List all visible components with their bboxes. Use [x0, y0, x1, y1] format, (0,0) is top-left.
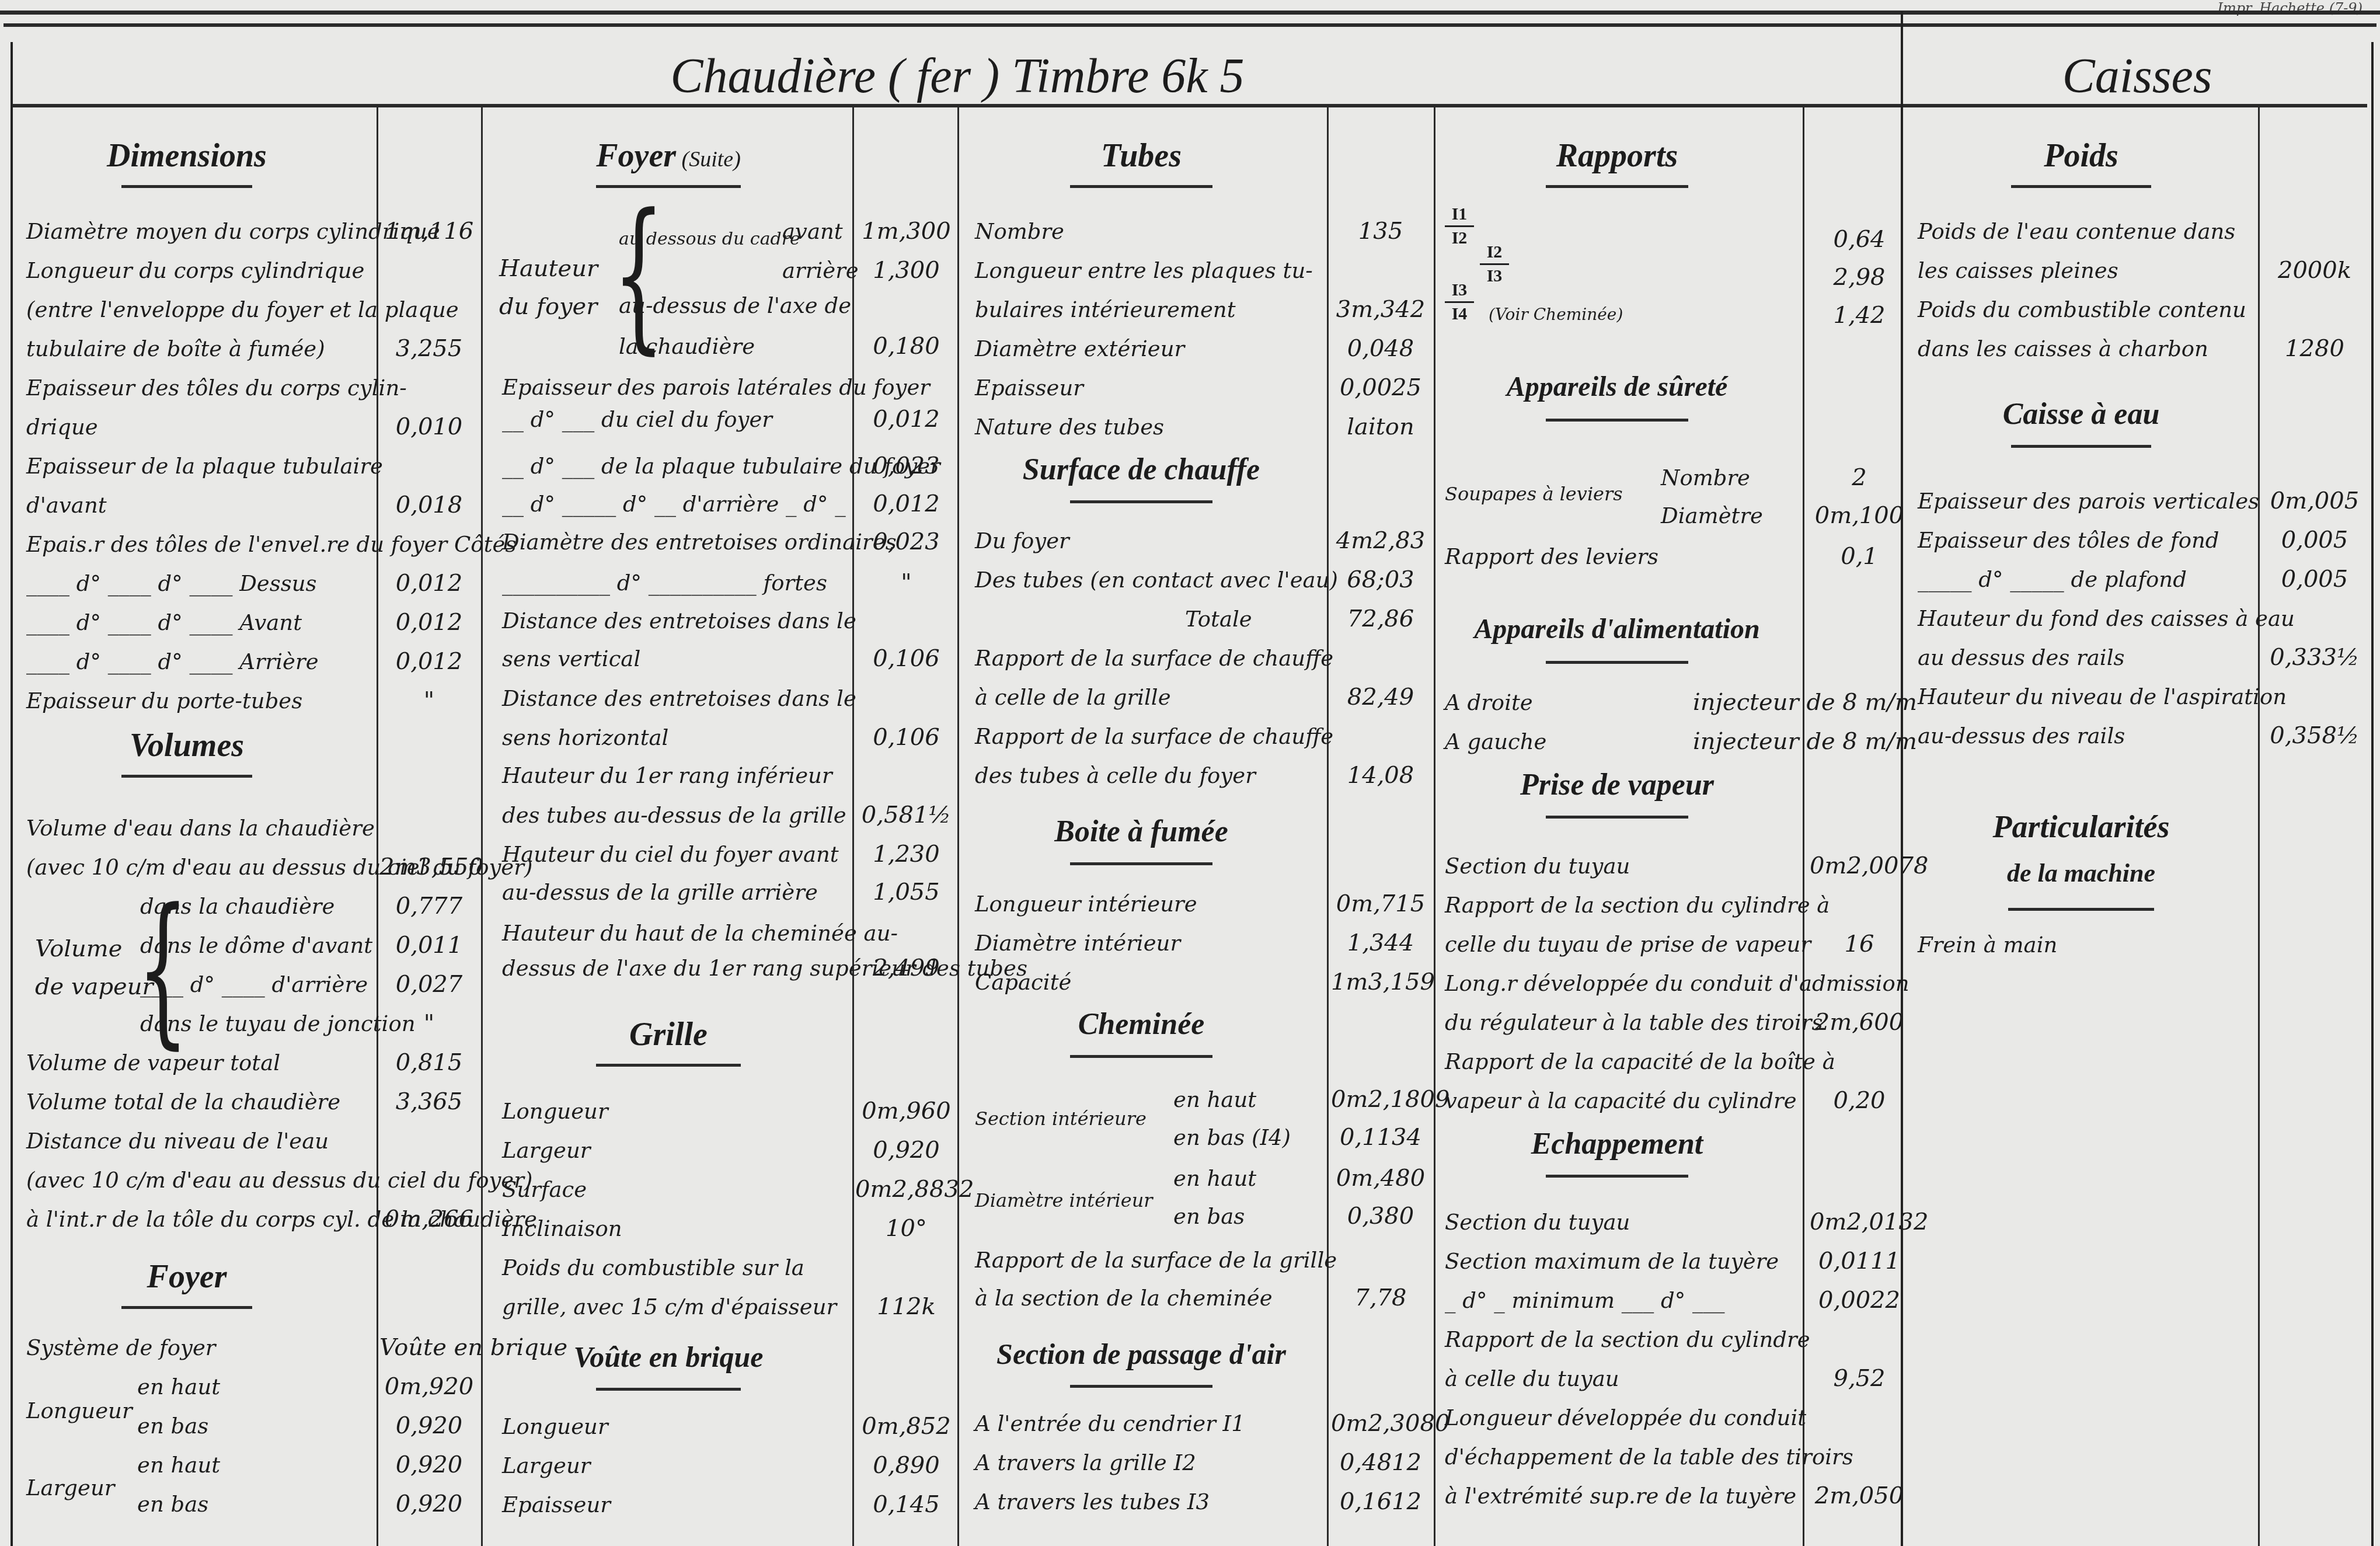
row-alimentation: A droite — [1445, 692, 1678, 713]
row-volumes: (avec 10 c/m d'eau au dessus du ciel du … — [26, 1169, 377, 1191]
cheminee-value: 0,1134 — [1331, 1126, 1430, 1149]
row-dimensions: ____ d° ____ d° ____ Avant — [26, 612, 377, 633]
surete-value: 0m,100 — [1810, 504, 1909, 527]
row-foyer_suite: Hauteur du 1er rang inférieur — [502, 765, 852, 786]
particularites-label: Frein à main — [1918, 934, 2057, 956]
hauteur-label: Hauteur — [499, 257, 598, 280]
row-volumes: Volume d'eau dans la chaudière — [26, 817, 377, 839]
prise-value: 0m2,0078 — [1810, 854, 1909, 878]
row-foyer_suite: avant — [782, 221, 852, 242]
prise-label: vapeur à la capacité du cylindre — [1445, 1090, 1797, 1112]
prise-value: 16 — [1810, 932, 1909, 956]
dimensions-label: ____ d° ____ d° ____ Dessus — [26, 573, 317, 594]
dimensions-label: Epaisseur de la plaque tubulaire — [26, 455, 383, 477]
foyer-suite-heading-sub: (Suite) — [676, 147, 741, 172]
title-row: Chaudière ( fer ) Timbre 6k 5 Caisses — [13, 42, 2367, 105]
echappement-label: Longueur développée du conduit — [1445, 1407, 1806, 1429]
row-poids: Poids de l'eau contenue dans — [1918, 221, 2256, 242]
row-foyer_suite: sens vertical — [502, 648, 852, 670]
ratio-note: (Voir Cheminée) — [1489, 307, 1623, 323]
poids-heading-text: Poids — [2044, 138, 2118, 174]
volumes-value: 0m,266 — [379, 1207, 479, 1231]
boite-heading-text: Boite à fumée — [1054, 815, 1228, 848]
volumes-value: " — [379, 1012, 479, 1035]
row-dimensions: Diamètre moyen du corps cylindrique — [26, 221, 377, 242]
foyer_suite-value: 0,023 — [855, 454, 957, 478]
surface-label: Des tubes (en contact avec l'eau) — [975, 569, 1338, 591]
row-prise: Long.r développée du conduit d'admission — [1445, 973, 1801, 994]
grille-label: Largeur — [502, 1140, 590, 1161]
alimentation-label: A droite — [1445, 692, 1533, 713]
surface-heading-underline — [1070, 500, 1212, 503]
prise-heading-underline — [1546, 816, 1688, 819]
voute-value: 0m,852 — [855, 1415, 957, 1438]
prise-value: 2m,600 — [1810, 1011, 1909, 1034]
grille-label: grille, avec 15 c/m d'épaisseur — [502, 1296, 837, 1318]
row-foyer_suite: Distance des entretoises dans le — [502, 610, 852, 632]
dimensions-heading-text: Dimensions — [107, 138, 267, 174]
row-surface: à celle de la grille — [975, 687, 1319, 708]
row-cheminee: en haut — [1173, 1168, 1319, 1189]
foyer_suite-value: 1,055 — [855, 880, 957, 904]
passage_air-label: A travers la grille I2 — [975, 1452, 1196, 1474]
ratio-fraction: I2I3 — [1480, 242, 1509, 286]
caisse_eau-label: au-dessus des rails — [1918, 725, 2125, 747]
foyer-label: en bas — [137, 1415, 208, 1437]
row-passage_air: A l'entrée du cendrier I1 — [975, 1413, 1319, 1434]
foyer_suite-value: " — [855, 571, 957, 594]
foyer_suite-label: arrière — [782, 260, 859, 281]
surete-value: 2 — [1810, 466, 1909, 489]
grille-value: 112k — [855, 1295, 957, 1318]
row-grille: Surface — [502, 1179, 852, 1200]
volumes-value: 2m3,550 — [379, 855, 479, 879]
row-caisse_eau: au dessus des rails — [1918, 647, 2256, 668]
row-surface: Des tubes (en contact avec l'eau) — [975, 569, 1319, 591]
foyer_suite-value: 1,300 — [855, 259, 957, 282]
row-dimensions: Epaisseur du porte-tubes — [26, 690, 377, 712]
foyer_suite-label: Distance des entretoises dans le — [502, 610, 856, 632]
row-voute: Longueur — [502, 1416, 852, 1437]
alimentation-heading-underline — [1546, 661, 1688, 664]
row-foyer: en haut — [137, 1376, 377, 1398]
page-title: Chaudière ( fer ) Timbre 6k 5 — [13, 48, 1902, 105]
cheminee-section-label: Section intérieure — [975, 1109, 1147, 1128]
foyer_suite-value: 0,581½ — [855, 803, 957, 827]
row-foyer: en bas — [137, 1415, 377, 1437]
alimentation-value: injecteur de 8 m/m — [1693, 730, 1903, 753]
tubes-value: 3m,342 — [1331, 298, 1430, 321]
dimensions-label: Longueur du corps cylindrique — [26, 260, 365, 281]
tubes-label: bulaires intérieurement — [975, 299, 1236, 321]
foyer_suite-value: 2,499 — [855, 956, 957, 980]
echappement-label: Section du tuyau — [1445, 1211, 1630, 1233]
row-caisse_eau: _____ d° _____ de plafond — [1918, 569, 2256, 590]
foyer-value: 0,920 — [379, 1414, 479, 1437]
particularites-underline — [2008, 908, 2154, 911]
particularites-heading: Particularités — [1906, 809, 2256, 845]
volume-brace: { — [137, 887, 189, 1051]
caisse-eau-heading: Caisse à eau — [1906, 397, 2256, 431]
row-surface: Rapport de la surface de chauffe — [975, 647, 1319, 669]
particularites-subheading: de la machine — [1906, 858, 2256, 888]
poids-value: 1280 — [2265, 337, 2364, 360]
tubes-label: Epaisseur — [975, 377, 1083, 399]
row-cheminee: en haut — [1173, 1089, 1319, 1110]
echappement-value: 2m,050 — [1810, 1484, 1909, 1507]
cheminee-value: 7,78 — [1331, 1286, 1430, 1310]
row-cheminee: en bas — [1173, 1206, 1319, 1227]
cheminee-label: en bas (I4) — [1173, 1127, 1291, 1148]
tubes-value: 0,0025 — [1331, 376, 1430, 399]
caisse_eau-value: 0,358½ — [2265, 724, 2364, 747]
surface-label: Rapport de la surface de chauffe — [975, 647, 1333, 669]
ratio-value: 0,64 — [1810, 228, 1909, 251]
passage_air-value: 0,1612 — [1331, 1490, 1430, 1513]
row-foyer: en bas — [137, 1493, 377, 1515]
dimensions-label: tubulaire de boîte à fumée) — [26, 338, 325, 360]
poids-value: 2000k — [2265, 259, 2364, 282]
foyer_suite-label: sens vertical — [502, 648, 640, 670]
header-rule — [13, 104, 2367, 107]
volumes-label: (avec 10 c/m d'eau au dessus du ciel du … — [26, 1169, 532, 1191]
row-surete: Diamètre — [1661, 505, 1801, 527]
dimensions-value: " — [379, 689, 479, 712]
row-dimensions: Longueur du corps cylindrique — [26, 260, 377, 281]
foyer_suite-value: 0,180 — [855, 335, 957, 358]
foyer_suite-label: Diamètre des entretoises ordinaires — [502, 531, 897, 553]
cheminee-value: 0m,480 — [1331, 1167, 1430, 1190]
rapports-heading-underline — [1546, 185, 1688, 188]
row-foyer: Système de foyer — [26, 1337, 377, 1359]
dimensions-label: Epaisseur du porte-tubes — [26, 690, 302, 712]
row-dimensions: ____ d° ____ d° ____ Arrière — [26, 651, 377, 673]
row-alimentation: A gauche — [1445, 731, 1678, 753]
tubes-label: Nature des tubes — [975, 416, 1164, 438]
caisse_eau-label: Hauteur du fond des caisses à eau — [1918, 608, 2295, 629]
foyer-heading-text: Foyer — [147, 1259, 227, 1295]
row-prise: Rapport de la capacité de la boîte à — [1445, 1051, 1801, 1073]
voute-heading-underline — [596, 1388, 741, 1391]
dimensions-label: ____ d° ____ d° ____ Arrière — [26, 651, 319, 673]
foyer-heading: Foyer — [23, 1258, 350, 1296]
volume-group-label: Volume — [35, 937, 122, 960]
foyer_suite-label: __________ d° __________ fortes — [502, 572, 827, 594]
row-tubes: bulaires intérieurement — [975, 299, 1319, 321]
row-dimensions: ____ d° ____ d° ____ Dessus — [26, 573, 377, 594]
tubes-label: Diamètre extérieur — [975, 338, 1184, 360]
caisse_eau-label: _____ d° _____ de plafond — [1918, 569, 2187, 590]
dimensions-label: ____ d° ____ d° ____ Avant — [26, 612, 302, 633]
row-tubes: Diamètre extérieur — [975, 338, 1319, 360]
dimensions-value: 0,012 — [379, 611, 479, 634]
foyer_suite-value: 1m,300 — [855, 220, 957, 243]
cheminee-label: en bas — [1173, 1206, 1245, 1227]
row-poids: Poids du combustible contenu — [1918, 299, 2256, 321]
dimensions-value: 3,255 — [379, 337, 479, 360]
prise-heading-text: Prise de vapeur — [1520, 768, 1714, 802]
row-foyer_suite: Epaisseur des parois latérales du foyer — [502, 377, 852, 398]
foyer-value: 0,920 — [379, 1492, 479, 1516]
echappement-heading-underline — [1546, 1175, 1688, 1178]
row-grille: Longueur — [502, 1101, 852, 1122]
row-tubes: Nombre — [975, 221, 1319, 242]
surete-heading-underline — [1546, 419, 1688, 422]
col-divider — [852, 107, 854, 1546]
poids-heading: Poids — [1906, 137, 2256, 175]
echappement-value: 9,52 — [1810, 1367, 1909, 1390]
tubes-label: Longueur entre les plaques tu- — [975, 260, 1313, 281]
row-poids: les caisses pleines — [1918, 260, 2256, 281]
foyer-label: en haut — [137, 1376, 220, 1398]
row-cheminee: Rapport de la surface de la grille — [975, 1249, 1319, 1271]
row-dimensions: Epais.r des tôles de l'envel.re du foyer… — [26, 534, 377, 555]
dimensions-value: 1m,116 — [379, 220, 479, 243]
row-caisse_eau: Hauteur du niveau de l'aspiration — [1918, 686, 2256, 708]
surete-heading-text: Appareils de sûreté — [1507, 371, 1728, 402]
dimensions-label: d'avant — [26, 495, 107, 516]
row-surface: Du foyer — [975, 530, 1319, 552]
boite-label: Capacité — [975, 972, 1071, 993]
passage_air-value: 0,4812 — [1331, 1451, 1430, 1474]
row-echappement: d'échappement de la table des tiroirs — [1445, 1446, 1801, 1468]
row-grille: Poids du combustible sur la — [502, 1257, 852, 1279]
caisse-eau-heading-text: Caisse à eau — [2003, 398, 2160, 431]
row-cheminee: à la section de la cheminée — [975, 1287, 1319, 1309]
volumes-value: 0,777 — [379, 894, 479, 918]
foyer-label: en bas — [137, 1493, 208, 1515]
alimentation-heading: Appareils d'alimentation — [1439, 613, 1795, 645]
foyer_suite-label: sens horizontal — [502, 727, 668, 748]
dimensions-label: (entre l'enveloppe du foyer et la plaque — [26, 299, 459, 321]
volumes-value: 0,027 — [379, 973, 479, 996]
boite-label: Diamètre intérieur — [975, 932, 1180, 954]
row-surete: Rapport des leviers — [1445, 546, 1801, 567]
cheminee-heading-underline — [1070, 1055, 1212, 1058]
row-volumes: Volume de vapeur total — [26, 1052, 377, 1074]
poids-label: Poids de l'eau contenue dans — [1918, 221, 2235, 242]
col-divider — [377, 107, 378, 1546]
surete-heading: Appareils de sûreté — [1439, 371, 1795, 403]
foyer_suite-value: 0,023 — [855, 530, 957, 553]
poids-label: les caisses pleines — [1918, 260, 2118, 281]
echappement-label: Rapport de la section du cylindre — [1445, 1329, 1810, 1350]
passage-air-heading-text: Section de passage d'air — [996, 1338, 1286, 1370]
echappement-label: Section maximum de la tuyère — [1445, 1251, 1779, 1272]
row-particularites: Frein à main — [1918, 934, 2256, 956]
col-divider — [2258, 107, 2260, 1546]
grille-label: Inclinaison — [502, 1218, 622, 1239]
cheminee-label: Rapport de la surface de la grille — [975, 1249, 1337, 1271]
row-surete: Nombre — [1661, 467, 1801, 489]
caisse_eau-label: Epaisseur des tôles de fond — [1918, 530, 2219, 551]
cheminee-heading-text: Cheminée — [1078, 1008, 1205, 1041]
dimensions-heading: Dimensions — [23, 137, 350, 175]
echappement-heading: Echappement — [1439, 1127, 1795, 1161]
foyer-label: en haut — [137, 1454, 220, 1476]
row-volumes: (avec 10 c/m d'eau au dessus du ciel du … — [26, 856, 377, 878]
row-prise: Section du tuyau — [1445, 855, 1801, 877]
foyer_suite-value: 1,230 — [855, 842, 957, 866]
grille-label: Surface — [502, 1179, 587, 1200]
surface-label: à celle de la grille — [975, 687, 1171, 708]
row-echappement: Longueur développée du conduit — [1445, 1407, 1801, 1429]
cheminee-value: 0m2,1809 — [1331, 1088, 1430, 1111]
row-foyer_suite: Hauteur du haut de la cheminée au- — [502, 922, 852, 944]
volumes-value: 0,815 — [379, 1051, 479, 1074]
alimentation-heading-text: Appareils d'alimentation — [1474, 614, 1759, 645]
prise-label: Rapport de la capacité de la boîte à — [1445, 1051, 1835, 1073]
surface-heading: Surface de chauffe — [963, 452, 1319, 487]
voute-value: 0,145 — [855, 1493, 957, 1516]
prise-label: celle du tuyau de prise de vapeur — [1445, 934, 1811, 955]
surface-label: des tubes à celle du foyer — [975, 765, 1256, 786]
boite-label: Longueur intérieure — [975, 893, 1197, 915]
tubes-value: 0,048 — [1331, 337, 1430, 360]
foyer-label: Système de foyer — [26, 1337, 216, 1359]
passage-air-heading: Section de passage d'air — [963, 1337, 1319, 1371]
row-surface: Rapport de la surface de chauffe — [975, 726, 1319, 747]
boite-value: 0m,715 — [1331, 892, 1430, 915]
foyer_suite-label: la chaudière — [619, 336, 755, 357]
boite-heading-underline — [1070, 862, 1212, 865]
surface-value: 72,86 — [1331, 607, 1430, 631]
grille-value: 10° — [855, 1217, 957, 1240]
grille-heading-text: Grille — [629, 1016, 708, 1053]
row-echappement: Section du tuyau — [1445, 1211, 1801, 1233]
col-divider — [481, 107, 483, 1546]
cadre-label: au dessous du cadre — [619, 231, 800, 248]
row-tubes: Nature des tubes — [975, 416, 1319, 438]
row-caisse_eau: au-dessus des rails — [1918, 725, 2256, 747]
voute-label: Longueur — [502, 1416, 608, 1437]
dimensions-label: Epaisseur des tôles du corps cylin- — [26, 377, 407, 399]
foyer_suite-value: 0,106 — [855, 647, 957, 670]
dimensions-label: drique — [26, 416, 98, 438]
row-echappement: _ d° _ minimum ___ d° ___ — [1445, 1290, 1801, 1311]
prise-label: du régulateur à la table des tiroirs — [1445, 1012, 1823, 1033]
boite-value: 1m3,159 — [1331, 970, 1430, 994]
caisse_eau-label: Epaisseur des parois verticales — [1918, 490, 2259, 512]
row-dimensions: d'avant — [26, 495, 377, 516]
foyer-value: Voûte en brique — [379, 1336, 479, 1359]
row-tubes: Epaisseur — [975, 377, 1319, 399]
tubes-heading-underline — [1070, 185, 1212, 188]
foyer_suite-value: 0,012 — [855, 408, 957, 431]
volumes-heading: Volumes — [23, 727, 350, 764]
dimensions-label: Diamètre moyen du corps cylindrique — [26, 221, 440, 242]
echappement-heading-text: Echappement — [1531, 1127, 1703, 1161]
row-foyer_suite: la chaudière — [619, 336, 852, 357]
voute-label: Largeur — [502, 1455, 590, 1477]
foyer_suite-label: Distance des entretoises dans le — [502, 688, 856, 709]
foyer_suite-label: Hauteur du ciel du foyer avant — [502, 844, 839, 865]
voute-heading: Voûte en brique — [487, 1340, 849, 1374]
row-dimensions: (entre l'enveloppe du foyer et la plaque — [26, 299, 377, 321]
surface-label: Totale — [1185, 608, 1252, 630]
cheminee-label: en haut — [1173, 1089, 1256, 1110]
foyer_suite-label: Hauteur du 1er rang inférieur — [502, 765, 832, 786]
soupapes-label: Soupapes à leviers — [1445, 485, 1623, 503]
passage-air-heading-underline — [1070, 1385, 1212, 1388]
col-divider — [1327, 107, 1329, 1546]
row-dimensions: Epaisseur des tôles du corps cylin- — [26, 377, 377, 399]
boite-heading: Boite à fumée — [963, 814, 1319, 849]
surete-label: Nombre — [1661, 467, 1750, 489]
row-foyer_suite: __________ d° __________ fortes — [502, 572, 852, 594]
cheminee-heading: Cheminée — [963, 1007, 1319, 1042]
dimensions-value: 0,012 — [379, 650, 479, 673]
row-passage_air: A travers la grille I2 — [975, 1452, 1319, 1474]
foyer_suite-label: Hauteur du haut de la cheminée au- — [502, 922, 898, 944]
side-title: Caisses — [1907, 48, 2367, 105]
poids-label: Poids du combustible contenu — [1918, 299, 2246, 321]
echappement-label: d'échappement de la table des tiroirs — [1445, 1446, 1853, 1468]
hauteur-label: du foyer — [499, 295, 597, 318]
row-caisse_eau: Epaisseur des parois verticales — [1918, 490, 2256, 512]
prise-heading: Prise de vapeur — [1439, 768, 1795, 802]
surete-label: Rapport des leviers — [1445, 546, 1658, 567]
foyer_suite-label: au-dessus de la grille arrière — [502, 882, 818, 903]
row-foyer_suite: sens horizontal — [502, 727, 852, 748]
row-dimensions: tubulaire de boîte à fumée) — [26, 338, 377, 360]
surface-value: 68;03 — [1331, 568, 1430, 591]
cheminee-diametre-label: Diamètre intérieur — [975, 1191, 1153, 1210]
echappement-label: à celle du tuyau — [1445, 1368, 1619, 1390]
cheminee-label: en haut — [1173, 1168, 1256, 1189]
echappement-value: 0,0111 — [1810, 1249, 1909, 1273]
row-echappement: Section maximum de la tuyère — [1445, 1251, 1801, 1272]
surface-label: Du foyer — [975, 530, 1069, 552]
ratio-fraction: I3I4 — [1445, 280, 1474, 324]
row-boite: Diamètre intérieur — [975, 932, 1319, 954]
foyer-heading-underline — [121, 1306, 252, 1309]
largeur-group-label: Largeur — [26, 1477, 114, 1499]
row-foyer_suite: Hauteur du ciel du foyer avant — [502, 844, 852, 865]
row-passage_air: A travers les tubes I3 — [975, 1491, 1319, 1513]
row-volumes: Distance du niveau de l'eau — [26, 1130, 377, 1152]
caisse_eau-label: au dessus des rails — [1918, 647, 2125, 668]
caisse_eau-value: 0,005 — [2265, 567, 2364, 591]
grille-label: Longueur — [502, 1101, 608, 1122]
row-foyer_suite: au-dessus de la grille arrière — [502, 882, 852, 903]
row-echappement: Rapport de la section du cylindre — [1445, 1329, 1801, 1350]
voute-heading-text: Voûte en brique — [573, 1340, 763, 1373]
foyer-suite-heading: Foyer (Suite) — [487, 137, 849, 175]
volume-group-label: de vapeur — [35, 975, 154, 998]
axe-label: au-dessus de l'axe de — [619, 295, 851, 316]
foyer_suite-label: avant — [782, 221, 843, 242]
col-divider — [1434, 107, 1435, 1546]
row-grille: Inclinaison — [502, 1218, 852, 1239]
dimensions-value: 0,010 — [379, 415, 479, 438]
surface-value: 14,08 — [1331, 764, 1430, 787]
rapports-heading-text: Rapports — [1556, 138, 1678, 174]
row-prise: celle du tuyau de prise de vapeur — [1445, 934, 1801, 955]
surface-label: Rapport de la surface de chauffe — [975, 726, 1333, 747]
row-foyer_suite: __ d° ___ de la plaque tubulaire du foye… — [502, 455, 852, 477]
row-foyer_suite: __ d° ___ du ciel du foyer — [502, 409, 852, 430]
foyer_suite-label: __ d° ___ du ciel du foyer — [502, 409, 772, 430]
row-volumes: Volume total de la chaudière — [26, 1091, 377, 1113]
col-divider — [957, 107, 959, 1546]
dimensions-heading-underline — [121, 185, 252, 188]
passage_air-label: A travers les tubes I3 — [975, 1491, 1210, 1513]
top-rule-inner — [4, 23, 2376, 27]
surface-value: 82,49 — [1331, 685, 1430, 709]
row-surface: des tubes à celle du foyer — [975, 765, 1319, 786]
prise-label: Long.r développée du conduit d'admission — [1445, 973, 1909, 994]
